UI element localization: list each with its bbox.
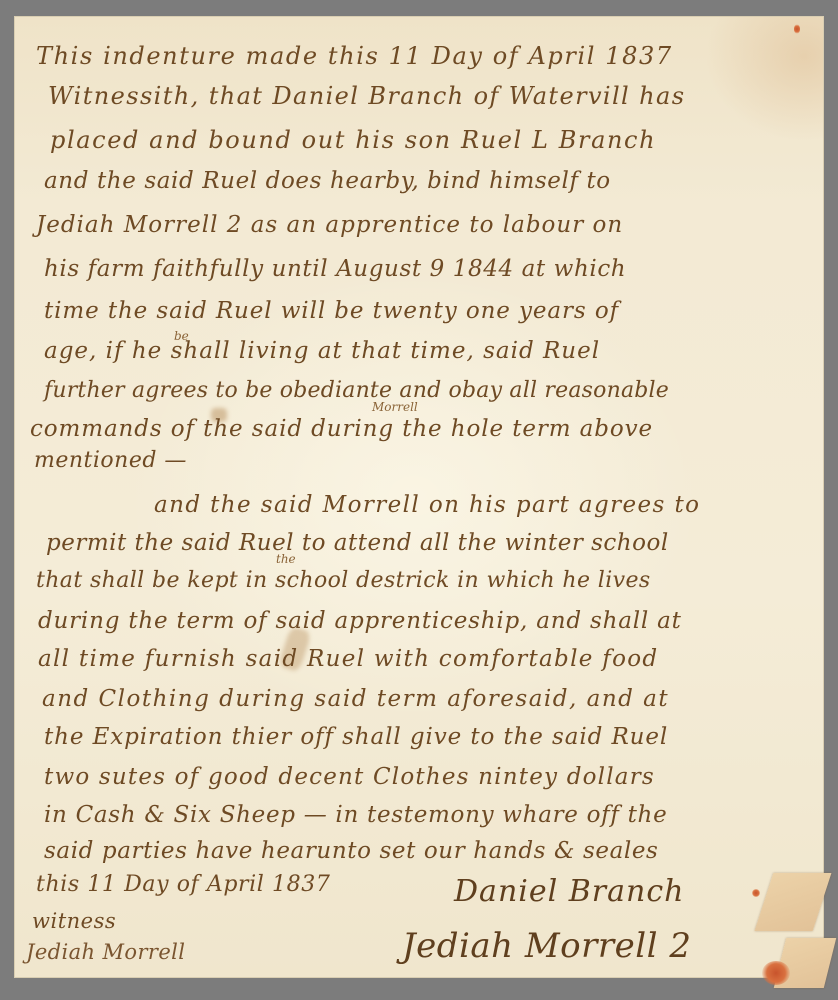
witness-label: witness [32,909,116,933]
text-line-5: Jediah Morrell 2 as an apprentice to lab… [36,212,623,238]
text-line-17: and Clothing during said term aforesaid,… [42,686,669,712]
text-line-2: Witnessith, that Daniel Branch of Waterv… [48,82,685,110]
text-line-16: all time furnish said Ruel with comforta… [38,646,658,672]
text-line-11: mentioned — [34,448,187,473]
wax-seal-residue [762,961,790,985]
text-line-19: two sutes of good decent Clothes nintey … [44,764,655,790]
text-line-7: time the said Ruel will be twenty one ye… [44,298,619,324]
text-line-22: this 11 Day of April 1837 [36,872,330,897]
text-line-12: and the said Morrell on his part agrees … [154,492,700,518]
text-line-10: commands of the said during the hole ter… [30,416,653,442]
document-paper: This indenture made this 11 Day of April… [14,16,824,978]
text-line-6: his farm faithfully until August 9 1844 … [44,256,626,282]
signature-jediah-morrell: Jediah Morrell 2 [402,926,691,966]
witness-name: Jediah Morrell [26,940,185,964]
text-line-9: further agrees to be obediante and obay … [44,378,669,403]
text-line-21: said parties have hearunto set our hands… [44,838,658,864]
text-line-20: in Cash & Six Sheep — in testemony whare… [44,802,667,828]
text-line-14: that shall be kept in school destrick in… [36,568,651,593]
text-line-1: This indenture made this 11 Day of April… [36,42,673,70]
signature-daniel-branch: Daniel Branch [454,874,684,909]
insertion-the: the [276,552,296,566]
insertion-morrell: Morrell [372,400,418,414]
wax-seal-fleck-corner [794,24,800,34]
text-line-18: the Expiration thier off shall give to t… [44,724,668,750]
text-line-4: and the said Ruel does hearby, bind hims… [44,168,611,194]
wax-seal-fleck-top [752,889,760,897]
text-line-3: placed and bound out his son Ruel L Bran… [50,126,656,154]
text-line-15: during the term of said apprenticeship, … [38,608,682,634]
text-line-8: age, if he shall living at that time, sa… [44,338,600,364]
text-line-13: permit the said Ruel to attend all the w… [46,530,669,556]
seal-wafer-top [755,873,832,931]
